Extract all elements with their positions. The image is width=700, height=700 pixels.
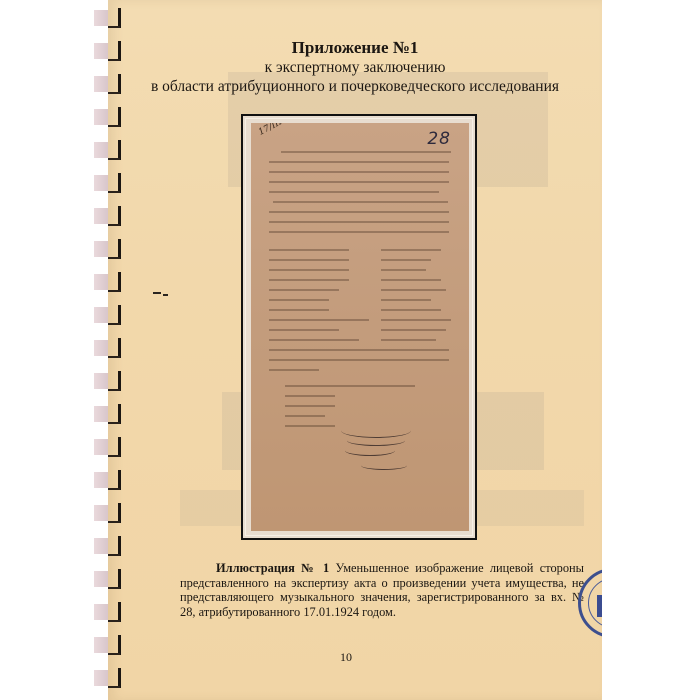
binding-ring — [108, 107, 122, 129]
binding-ring — [108, 140, 122, 162]
handwritten-number: 28 — [427, 129, 451, 149]
binding-ring — [108, 437, 122, 459]
binding-ring — [108, 239, 122, 261]
binding-ring — [108, 173, 122, 195]
binding-ring — [108, 668, 122, 690]
binding-ring — [108, 404, 122, 426]
handwritten-note: 17/III-28 / №1721-8/4м — [257, 123, 354, 138]
binding-ring — [108, 503, 122, 525]
binding-ring — [108, 206, 122, 228]
binding-ring — [108, 635, 122, 657]
binding-ring — [108, 272, 122, 294]
binding-ring — [108, 338, 122, 360]
page-title: Приложение №1 — [108, 37, 602, 58]
page-number: 10 — [340, 650, 352, 665]
binding-ring — [108, 8, 122, 30]
illustration-frame: 17/III-28 / №1721-8/4м 28 — [241, 114, 477, 540]
signature — [345, 445, 395, 456]
binding-ring — [108, 305, 122, 327]
title-block: Приложение №1 к экспертному заключению в… — [108, 37, 602, 96]
illustration-caption: Иллюстрация № 1 Уменьшенное изображение … — [180, 561, 584, 619]
binding-ring — [108, 602, 122, 624]
page-subtitle-1: к экспертному заключению — [108, 58, 602, 77]
signature — [361, 461, 407, 470]
binding-ring — [108, 536, 122, 558]
stray-mark — [163, 294, 168, 296]
binding-ring — [108, 371, 122, 393]
caption-label: Иллюстрация № 1 — [216, 561, 329, 575]
stray-mark — [153, 292, 161, 294]
page-subtitle-2: в области атрибуционного и почерковедчес… — [108, 77, 602, 96]
binding-ring — [108, 470, 122, 492]
background — [602, 0, 700, 700]
binding-ring — [108, 569, 122, 591]
scanned-document-image: 17/III-28 / №1721-8/4м 28 — [251, 123, 469, 531]
